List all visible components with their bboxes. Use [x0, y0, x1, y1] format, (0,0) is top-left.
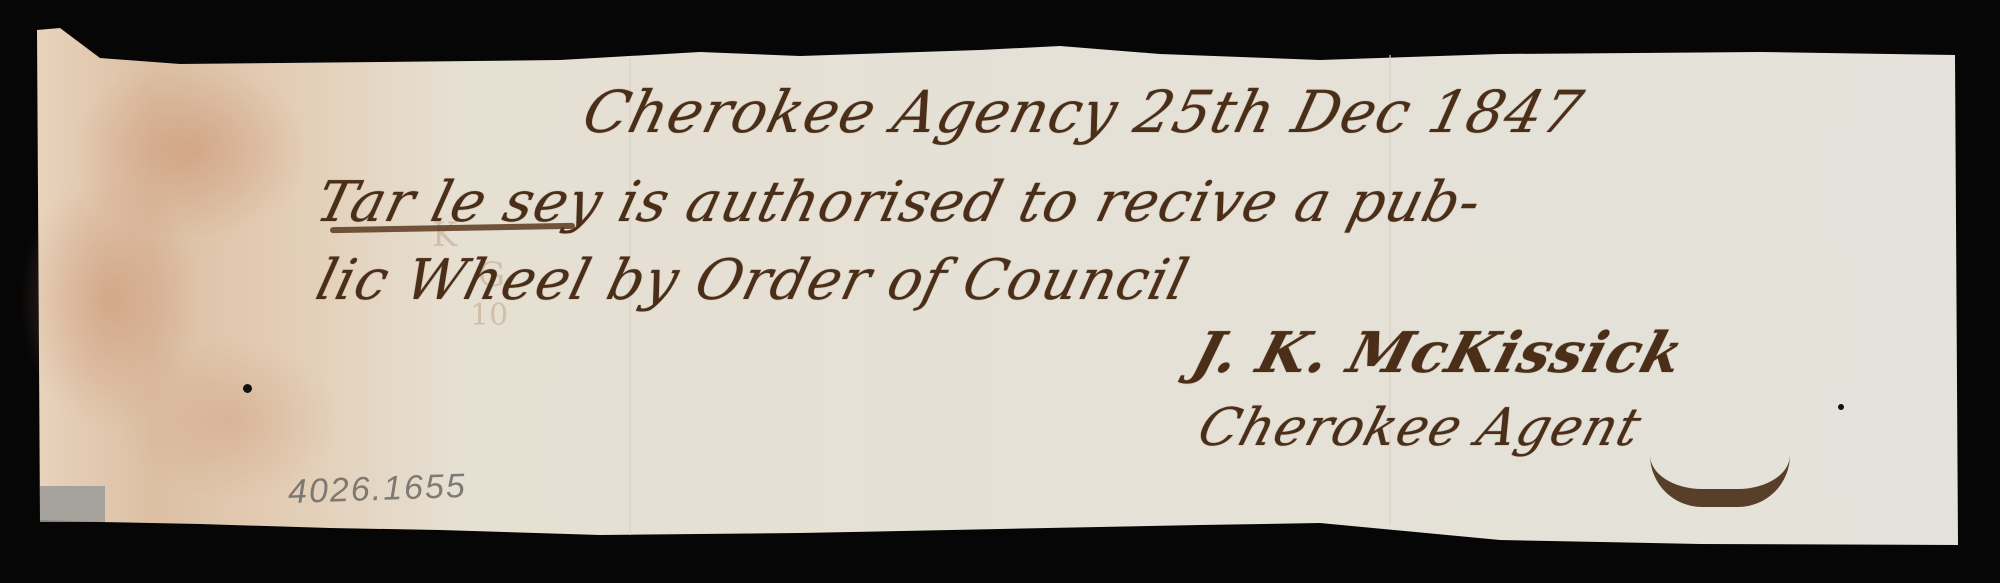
catalog-number: 4026.1655 — [287, 467, 467, 512]
document-viewer: K G 10 Cherokee Agency 25th Dec 1847 Tar… — [0, 0, 2000, 583]
body-line-2: lic Wheel by Order of Council — [310, 248, 1195, 313]
ink-dot — [1838, 404, 1844, 410]
signature-name: J. K. McKissick — [1186, 320, 1692, 386]
pin-hole — [243, 384, 252, 393]
dateline: Cherokee Agency 25th Dec 1847 — [577, 78, 1591, 146]
signature-title: Cherokee Agent — [1191, 398, 1648, 458]
